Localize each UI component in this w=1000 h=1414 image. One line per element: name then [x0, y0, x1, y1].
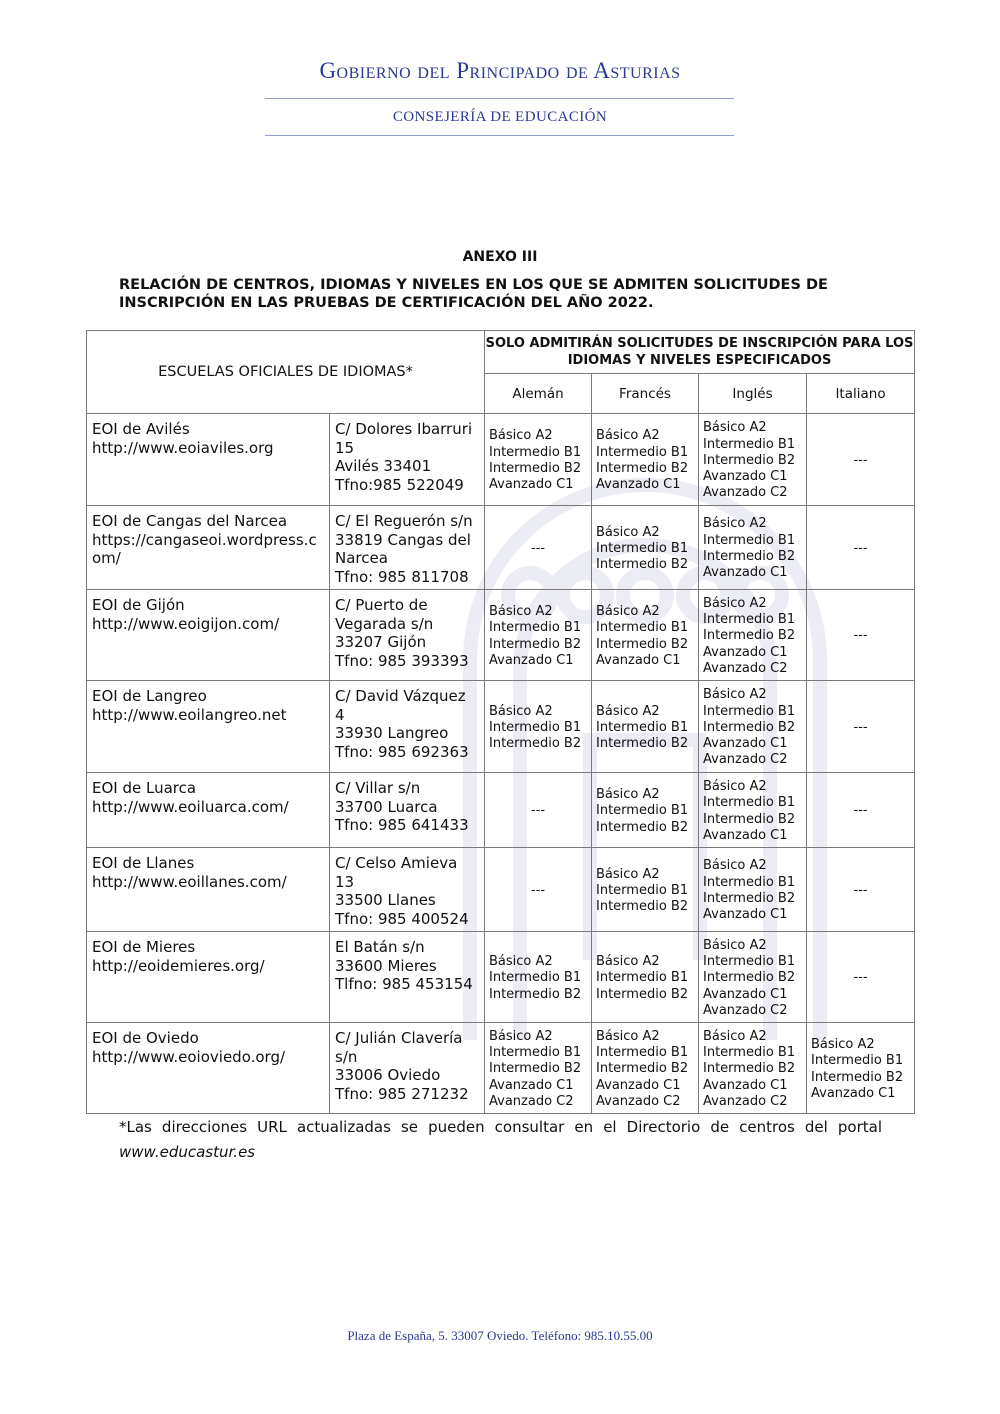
levels-cell: Básico A2Intermedio B1Intermedio B2Avanz…: [699, 932, 807, 1023]
table-body: EOI de Aviléshttp://www.eoiaviles.orgC/ …: [87, 414, 915, 1114]
level-item: Básico A2: [489, 954, 587, 970]
address-line: C/ El Reguerón s/n: [335, 512, 479, 531]
school-cell: EOI de Aviléshttp://www.eoiaviles.org: [87, 414, 330, 506]
footnote: *Las direcciones URL actualizadas se pue…: [119, 1114, 882, 1141]
levels-cell: Básico A2Intermedio B1Intermedio B2Avanz…: [699, 773, 807, 848]
address-cell: C/ David Vázquez 433930 LangreoTfno: 985…: [330, 681, 485, 773]
levels-cell: ---: [807, 848, 915, 932]
school-url[interactable]: https://cangaseoi.wordpress.com/: [92, 531, 324, 568]
school-cell: EOI de Llaneshttp://www.eoillanes.com/: [87, 848, 330, 932]
table-row: EOI de Miereshttp://eoidemieres.org/El B…: [87, 932, 915, 1023]
school-name: EOI de Gijón: [92, 596, 324, 615]
table-row: EOI de Langreohttp://www.eoilangreo.netC…: [87, 681, 915, 773]
school-cell: EOI de Oviedohttp://www.eoioviedo.org/: [87, 1023, 330, 1114]
address-line: Tfno: 985 400524: [335, 910, 479, 929]
level-item: Avanzado C1: [596, 477, 694, 493]
level-item: Básico A2: [489, 704, 587, 720]
level-item: Intermedio B1: [489, 970, 587, 986]
level-item: Intermedio B2: [703, 970, 802, 986]
level-item: Básico A2: [703, 596, 802, 612]
centres-table: ESCUELAS OFICIALES DE IDIOMAS* SOLO ADMI…: [86, 330, 915, 1114]
levels-cell: Básico A2Intermedio B1Intermedio B2: [592, 773, 699, 848]
levels-cell: Básico A2Intermedio B1Intermedio B2: [592, 681, 699, 773]
school-url[interactable]: http://www.eoigijon.com/: [92, 615, 324, 634]
address-line: C/ David Vázquez 4: [335, 687, 479, 724]
address-line: C/ Puerto de Vegarada s/n: [335, 596, 479, 633]
school-name: EOI de Llanes: [92, 854, 324, 873]
level-item: Intermedio B2: [489, 461, 587, 477]
level-item: Básico A2: [703, 687, 802, 703]
school-url[interactable]: http://www.eoioviedo.org/: [92, 1048, 324, 1067]
level-item: ---: [489, 883, 587, 899]
school-name: EOI de Cangas del Narcea: [92, 512, 324, 531]
levels-header: SOLO ADMITIRÁN SOLICITUDES DE INSCRIPCIÓ…: [485, 331, 915, 374]
level-item: Intermedio B1: [703, 533, 802, 549]
level-item: Avanzado C1: [703, 565, 802, 581]
levels-cell: ---: [807, 681, 915, 773]
address-line: Tfno:985 522049: [335, 476, 479, 495]
address-cell: C/ Julián Clavería s/n33006 OviedoTfno: …: [330, 1023, 485, 1114]
address-line: El Batán s/n: [335, 938, 479, 957]
levels-cell: Básico A2Intermedio B1Intermedio B2Avanz…: [699, 590, 807, 681]
levels-cell: Básico A2Intermedio B1Intermedio B2Avanz…: [699, 1023, 807, 1114]
school-url[interactable]: http://www.eoiaviles.org: [92, 439, 324, 458]
level-item: Intermedio B2: [596, 1061, 694, 1077]
school-name: EOI de Mieres: [92, 938, 324, 957]
level-item: Básico A2: [596, 1029, 694, 1045]
level-item: ---: [811, 883, 910, 899]
levels-cell: ---: [485, 506, 592, 590]
level-item: Intermedio B2: [489, 1061, 587, 1077]
level-item: Avanzado C1: [703, 987, 802, 1003]
school-name: EOI de Avilés: [92, 420, 324, 439]
school-cell: EOI de Luarcahttp://www.eoiluarca.com/: [87, 773, 330, 848]
level-item: Avanzado C2: [703, 661, 802, 677]
level-item: Intermedio B1: [596, 1045, 694, 1061]
address-cell: El Batán s/n33600 MieresTlfno: 985 45315…: [330, 932, 485, 1023]
level-item: Avanzado C1: [703, 1078, 802, 1094]
levels-cell: Básico A2Intermedio B1Intermedio B2Avanz…: [699, 414, 807, 506]
address-line: 33207 Gijón: [335, 633, 479, 652]
lang-header-italiano: Italiano: [807, 374, 915, 414]
level-item: Intermedio B1: [811, 1053, 910, 1069]
table-row: EOI de Cangas del Narceahttps://cangaseo…: [87, 506, 915, 590]
school-url[interactable]: http://www.eoilangreo.net: [92, 706, 324, 725]
level-item: Avanzado C1: [703, 469, 802, 485]
level-item: Intermedio B2: [703, 720, 802, 736]
levels-cell: Básico A2Intermedio B1Intermedio B2: [485, 932, 592, 1023]
level-item: Básico A2: [596, 954, 694, 970]
address-line: C/ Julián Clavería s/n: [335, 1029, 479, 1066]
levels-cell: ---: [807, 414, 915, 506]
level-item: Básico A2: [596, 704, 694, 720]
level-item: Intermedio B2: [703, 628, 802, 644]
levels-cell: ---: [807, 590, 915, 681]
level-item: Intermedio B1: [596, 803, 694, 819]
school-url[interactable]: http://eoidemieres.org/: [92, 957, 324, 976]
level-item: Básico A2: [489, 428, 587, 444]
levels-cell: ---: [807, 773, 915, 848]
level-item: ---: [811, 541, 910, 557]
school-cell: EOI de Miereshttp://eoidemieres.org/: [87, 932, 330, 1023]
table-row: EOI de Aviléshttp://www.eoiaviles.orgC/ …: [87, 414, 915, 506]
address-line: Tfno: 985 393393: [335, 652, 479, 671]
level-item: Avanzado C1: [703, 907, 802, 923]
footnote-url[interactable]: www.educastur.es: [119, 1141, 255, 1163]
address-line: 33500 Llanes: [335, 891, 479, 910]
level-item: Avanzado C1: [596, 653, 694, 669]
level-item: Intermedio B1: [596, 720, 694, 736]
school-name: EOI de Langreo: [92, 687, 324, 706]
address-cell: C/ El Reguerón s/n33819 Cangas del Narce…: [330, 506, 485, 590]
header-rule-top: [265, 98, 734, 99]
table-row: EOI de Llaneshttp://www.eoillanes.com/C/…: [87, 848, 915, 932]
level-item: Básico A2: [703, 420, 802, 436]
levels-cell: Básico A2Intermedio B1Intermedio B2Avanz…: [485, 1023, 592, 1114]
levels-cell: Básico A2Intermedio B1Intermedio B2: [592, 932, 699, 1023]
level-item: Avanzado C1: [489, 1078, 587, 1094]
level-item: Básico A2: [703, 858, 802, 874]
address-line: C/ Celso Amieva 13: [335, 854, 479, 891]
level-item: ---: [811, 453, 910, 469]
levels-cell: Básico A2Intermedio B1Intermedio B2Avanz…: [699, 848, 807, 932]
address-line: Tfno: 985 811708: [335, 568, 479, 587]
level-item: Avanzado C2: [703, 1094, 802, 1110]
level-item: Intermedio B1: [703, 704, 802, 720]
school-url[interactable]: http://www.eoillanes.com/: [92, 873, 324, 892]
level-item: Avanzado C2: [703, 752, 802, 768]
header-title: Gobierno del Principado de Asturias: [0, 58, 1000, 84]
levels-cell: Básico A2Intermedio B1Intermedio B2: [485, 681, 592, 773]
table-row: EOI de Luarcahttp://www.eoiluarca.com/C/…: [87, 773, 915, 848]
level-item: Básico A2: [596, 604, 694, 620]
levels-cell: ---: [485, 773, 592, 848]
levels-cell: ---: [807, 506, 915, 590]
level-item: Intermedio B1: [703, 612, 802, 628]
level-item: Intermedio B1: [489, 720, 587, 736]
school-name: EOI de Oviedo: [92, 1029, 324, 1048]
level-item: Básico A2: [596, 525, 694, 541]
level-item: Intermedio B1: [596, 970, 694, 986]
level-item: Avanzado C1: [489, 653, 587, 669]
level-item: Básico A2: [489, 1029, 587, 1045]
lang-header-aleman: Alemán: [485, 374, 592, 414]
levels-cell: Básico A2Intermedio B1Intermedio B2Avanz…: [485, 590, 592, 681]
school-cell: EOI de Langreohttp://www.eoilangreo.net: [87, 681, 330, 773]
address-line: 33930 Langreo: [335, 724, 479, 743]
level-item: Básico A2: [703, 779, 802, 795]
level-item: ---: [489, 803, 587, 819]
level-item: Intermedio B2: [811, 1070, 910, 1086]
level-item: Intermedio B1: [596, 445, 694, 461]
address-line: 33006 Oviedo: [335, 1066, 479, 1085]
level-item: Básico A2: [596, 867, 694, 883]
level-item: Intermedio B2: [703, 453, 802, 469]
level-item: Intermedio B2: [596, 637, 694, 653]
level-item: Avanzado C1: [703, 828, 802, 844]
level-item: ---: [811, 803, 910, 819]
level-item: Intermedio B2: [703, 812, 802, 828]
school-url[interactable]: http://www.eoiluarca.com/: [92, 798, 324, 817]
address-line: 33600 Mieres: [335, 957, 479, 976]
level-item: ---: [489, 541, 587, 557]
level-item: Intermedio B1: [703, 1045, 802, 1061]
level-item: Avanzado C2: [489, 1094, 587, 1110]
level-item: Intermedio B2: [596, 987, 694, 1003]
levels-cell: ---: [485, 848, 592, 932]
level-item: Intermedio B1: [703, 437, 802, 453]
level-item: Avanzado C1: [811, 1086, 910, 1102]
levels-cell: Básico A2Intermedio B1Intermedio B2Avanz…: [592, 590, 699, 681]
levels-cell: Básico A2Intermedio B1Intermedio B2Avanz…: [592, 1023, 699, 1114]
footer-address: Plaza de España, 5. 33007 Oviedo. Teléfo…: [0, 1328, 1000, 1344]
level-item: Avanzado C2: [703, 1003, 802, 1019]
address-line: Tfno: 985 641433: [335, 816, 479, 835]
levels-cell: ---: [807, 932, 915, 1023]
level-item: Básico A2: [489, 604, 587, 620]
levels-cell: Básico A2Intermedio B1Intermedio B2Avanz…: [699, 681, 807, 773]
level-item: ---: [811, 720, 910, 736]
levels-cell: Básico A2Intermedio B1Intermedio B2: [592, 506, 699, 590]
level-item: Avanzado C1: [489, 477, 587, 493]
level-item: ---: [811, 970, 910, 986]
document-heading: RELACIÓN DE CENTROS, IDIOMAS Y NIVELES E…: [119, 276, 889, 312]
address-cell: C/ Puerto de Vegarada s/n33207 GijónTfno…: [330, 590, 485, 681]
levels-cell: Básico A2Intermedio B1Intermedio B2Avanz…: [485, 414, 592, 506]
level-item: Intermedio B2: [489, 987, 587, 1003]
table-row: EOI de Oviedohttp://www.eoioviedo.org/C/…: [87, 1023, 915, 1114]
lang-header-ingles: Inglés: [699, 374, 807, 414]
level-item: Intermedio B2: [596, 557, 694, 573]
level-item: Intermedio B1: [596, 620, 694, 636]
level-item: Intermedio B1: [703, 954, 802, 970]
address-cell: C/ Villar s/n33700 LuarcaTfno: 985 64143…: [330, 773, 485, 848]
table-row: EOI de Gijónhttp://www.eoigijon.com/C/ P…: [87, 590, 915, 681]
level-item: Básico A2: [703, 516, 802, 532]
level-item: Intermedio B1: [489, 445, 587, 461]
level-item: Avanzado C2: [596, 1094, 694, 1110]
levels-cell: Básico A2Intermedio B1Intermedio B2Avanz…: [699, 506, 807, 590]
levels-cell: Básico A2Intermedio B1Intermedio B2: [592, 848, 699, 932]
level-item: Intermedio B2: [596, 736, 694, 752]
address-cell: C/ Celso Amieva 1333500 LlanesTfno: 985 …: [330, 848, 485, 932]
annex-title: ANEXO III: [0, 249, 1000, 265]
address-line: C/ Villar s/n: [335, 779, 479, 798]
level-item: Intermedio B1: [703, 875, 802, 891]
school-cell: EOI de Cangas del Narceahttps://cangaseo…: [87, 506, 330, 590]
level-item: Intermedio B2: [489, 637, 587, 653]
level-item: Básico A2: [596, 787, 694, 803]
level-item: Intermedio B1: [596, 883, 694, 899]
address-line: C/ Dolores Ibarruri 15: [335, 420, 479, 457]
level-item: Básico A2: [703, 938, 802, 954]
address-line: Tlfno: 985 453154: [335, 975, 479, 994]
level-item: Intermedio B1: [703, 795, 802, 811]
address-line: Tfno: 985 271232: [335, 1085, 479, 1104]
level-item: Intermedio B2: [596, 820, 694, 836]
level-item: Avanzado C2: [703, 485, 802, 501]
schools-header: ESCUELAS OFICIALES DE IDIOMAS*: [87, 331, 485, 414]
level-item: Intermedio B2: [703, 1061, 802, 1077]
level-item: Intermedio B2: [596, 461, 694, 477]
address-line: 33819 Cangas del Narcea: [335, 531, 479, 568]
level-item: Avanzado C1: [596, 1078, 694, 1094]
level-item: Avanzado C1: [703, 736, 802, 752]
address-line: Avilés 33401: [335, 457, 479, 476]
address-line: Tfno: 985 692363: [335, 743, 479, 762]
level-item: Básico A2: [703, 1029, 802, 1045]
level-item: Intermedio B1: [596, 541, 694, 557]
level-item: ---: [811, 628, 910, 644]
levels-cell: Básico A2Intermedio B1Intermedio B2Avanz…: [807, 1023, 915, 1114]
header-rule-bottom: [265, 135, 734, 136]
level-item: Básico A2: [811, 1037, 910, 1053]
address-cell: C/ Dolores Ibarruri 15Avilés 33401Tfno:9…: [330, 414, 485, 506]
level-item: Intermedio B1: [489, 1045, 587, 1061]
level-item: Intermedio B2: [703, 549, 802, 565]
school-cell: EOI de Gijónhttp://www.eoigijon.com/: [87, 590, 330, 681]
header-subtitle: CONSEJERÍA DE EDUCACIÓN: [0, 109, 1000, 126]
address-line: 33700 Luarca: [335, 798, 479, 817]
level-item: Básico A2: [596, 428, 694, 444]
level-item: Intermedio B2: [489, 736, 587, 752]
lang-header-frances: Francés: [592, 374, 699, 414]
level-item: Intermedio B1: [489, 620, 587, 636]
level-item: Avanzado C1: [703, 645, 802, 661]
levels-cell: Básico A2Intermedio B1Intermedio B2Avanz…: [592, 414, 699, 506]
level-item: Intermedio B2: [596, 899, 694, 915]
level-item: Intermedio B2: [703, 891, 802, 907]
school-name: EOI de Luarca: [92, 779, 324, 798]
